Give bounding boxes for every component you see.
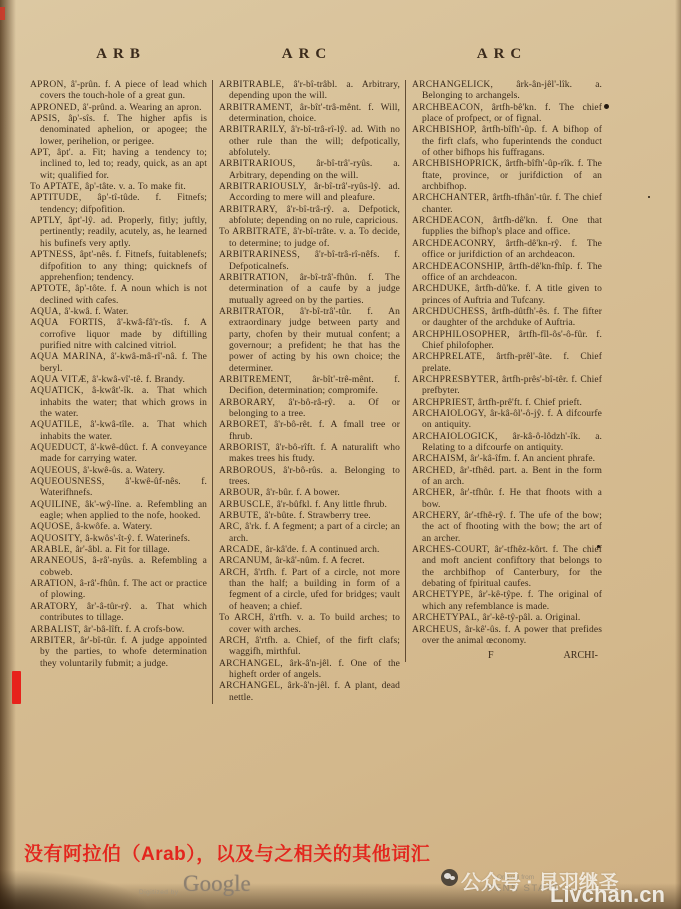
headword: ARCHDEACONSHIP, xyxy=(412,262,504,272)
dictionary-entry: ARBUSCLE, â'r-bûfkl. f. Any little fhrub… xyxy=(219,500,400,511)
headword: APRONED, xyxy=(30,103,80,113)
headword: ARCHCHANTER, xyxy=(412,193,489,203)
running-head-arc-1: ARC xyxy=(212,46,402,63)
headword: AQUATILE, xyxy=(30,420,82,430)
dictionary-entry: ARCHPRESBYTER, ârtfh-prês'-bî-têr. f. Ch… xyxy=(412,375,602,398)
scan-left-edge-shadow xyxy=(0,0,16,909)
headword: ARCHANGELICK, xyxy=(412,80,493,90)
dictionary-entry: ARBALIST, âr'-bâ-lîft. f. A crofs-bow. xyxy=(30,625,207,636)
headword: ARBITRARINESS, xyxy=(219,250,300,260)
headword: APT, xyxy=(30,148,51,158)
headword: AQUOSITY, xyxy=(30,534,82,544)
headword: ARCHAISM, xyxy=(412,454,467,464)
headword: ARBITRARY, xyxy=(219,205,278,215)
headword: ARBORIST, xyxy=(219,443,270,453)
dictionary-entry: ARATION, â-râ'-fhûn. f. The act or pract… xyxy=(30,579,207,602)
headword: ARCHDEACON, xyxy=(412,216,484,226)
headword: ARCHANGEL, xyxy=(219,681,283,691)
headword: ARCHBISHOPRICK, xyxy=(412,159,502,169)
dictionary-entry: AQUOSE, â-kwôfe. a. Watery. xyxy=(30,522,207,533)
dictionary-entry: AQUA VITÆ, â'-kwâ-vî'-tê. f. Brandy. xyxy=(30,375,207,386)
headword: ARABLE, xyxy=(30,545,72,555)
running-heads: ARB ARC ARC xyxy=(30,46,602,63)
dictionary-entry: ARBITRATION, âr-bî-trâ'-fhûn. f. The det… xyxy=(219,273,400,307)
headword: ARCHETYPAL, xyxy=(412,613,480,623)
headword: ARBITRARILY, xyxy=(219,125,287,135)
headword: AQUA VITÆ, xyxy=(30,375,89,385)
headword: To APTATE, xyxy=(30,182,82,192)
dictionary-entry: ARCHANGEL, ârk-â'n-jêl. f. A plant, dead… xyxy=(219,681,400,704)
headword: ARCHAIOLOGICK, xyxy=(412,432,498,442)
dictionary-entry: AQUEOUSNESS, â'-kwê-ûf-nês. f. Waterifhn… xyxy=(30,477,207,500)
headword: ARATION, xyxy=(30,579,76,589)
headword: ARCHETYPE, xyxy=(412,590,473,600)
dictionary-entry: ARBITRAMENT, âr-bît'-trâ-mênt. f. Will, … xyxy=(219,103,400,126)
dictionary-entry: APTLY, âpt'-lŷ. ad. Properly, fitly; juf… xyxy=(30,216,207,250)
catchword-row: FARCHI- xyxy=(412,647,602,661)
dictionary-entry: ARBOROUS, â'r-bô-rûs. a. Belonging to tr… xyxy=(219,466,400,489)
dictionary-entry: ARBORIST, â'r-bô-rîft. f. A naturalift w… xyxy=(219,443,400,466)
red-margin-tick xyxy=(0,7,5,20)
dictionary-entry: ARCHEUS, âr-kê'-ûs. f. A power that pref… xyxy=(412,625,602,648)
dictionary-entry: ARCHAIOLOGICK, âr-kâ-ô-lôdzh'-îk. a. Rel… xyxy=(412,432,602,455)
headword: AQUEOUSNESS, xyxy=(30,477,105,487)
catchword: ARCHI- xyxy=(564,650,598,661)
headword: ARBORET, xyxy=(219,420,267,430)
dictionary-entry: ARATORY, âr'-â-tûr-rŷ. a. That which con… xyxy=(30,602,207,625)
headword: ARCHDUKE, xyxy=(412,284,470,294)
dictionary-entry: AQUA MARINA, â'-kwâ-mâ-rî'-nâ. f. The be… xyxy=(30,352,207,375)
dictionary-entry: ARCHBISHOPRICK, ârtfh-bîfh'-ûp-rîk. f. T… xyxy=(412,159,602,193)
signature-mark: F xyxy=(488,650,494,661)
headword: ARBITRARIOUS, xyxy=(219,159,295,169)
chinese-annotation: 没有阿拉伯（Arab），以及与之相关的其他词汇 xyxy=(24,839,430,866)
headword: AQUEOUS, xyxy=(30,466,80,476)
dictionary-entry: AQUA, â'-kwâ. f. Water. xyxy=(30,307,207,318)
headword: AQUA MARINA, xyxy=(30,352,106,362)
dictionary-entry: ARCH, â'rtfh. a. Chief, of the firft cla… xyxy=(219,636,400,659)
headword: ARCH, xyxy=(219,568,249,578)
dictionary-entry: ARCHAIOLOGY, âr-kâ-ôl'-ô-jŷ. f. A difcou… xyxy=(412,409,602,432)
dictionary-entry: ARCHPRIEST, ârtfh-prê'ft. f. Chief prief… xyxy=(412,398,602,409)
headword: ARBITRATION, xyxy=(219,273,288,283)
dictionary-entry: ARANEOUS, â-râ'-nyûs. a. Refembling a co… xyxy=(30,556,207,579)
headword: ARBITRABLE, xyxy=(219,80,284,90)
headword: APTITUDE, xyxy=(30,193,82,203)
dictionary-entry: ARBITREMENT, âr-bît'-trê-mênt. f. Decifi… xyxy=(219,375,400,398)
headword: ARBUSCLE, xyxy=(219,500,274,510)
dictionary-entry: AQUATILE, â'-kwâ-tîle. a. That which inh… xyxy=(30,420,207,443)
dictionary-entry: ARBITER, âr'-bî-tûr. f. A judge appointe… xyxy=(30,636,207,670)
dictionary-entry: ARCHETYPAL, âr'-kê-tŷ-pâl. a. Original. xyxy=(412,613,602,624)
scan-corner-shadow xyxy=(0,869,150,909)
column-2: ARBITRABLE, â'r-bî-trâbl. a. Arbitrary, … xyxy=(212,80,400,704)
dictionary-entry: AQUILINE, âk'-wŷ-lîne. a. Refembling an … xyxy=(30,500,207,523)
dictionary-entry: ARCHETYPE, âr'-kê-tŷpe. f. The original … xyxy=(412,590,602,613)
dictionary-entry: ARC, â'rk. f. A fegment; a part of a cir… xyxy=(219,522,400,545)
headword: ARANEOUS, xyxy=(30,556,87,566)
headword: AQUA, xyxy=(30,307,61,317)
google-logo: Google xyxy=(183,871,251,897)
wechat-icon xyxy=(441,869,458,886)
headword: ARCHANGEL, xyxy=(219,659,283,669)
dictionary-entry: ARCHANGELICK, ârk-ân-jêl'-lîk. a. Belong… xyxy=(412,80,602,103)
dictionary-entry: ARBITRARINESS, â'r-bî-trâ-rî-nêfs. f. De… xyxy=(219,250,400,273)
dictionary-columns: APRON, â'-prûn. f. A piece of lead which… xyxy=(30,80,608,704)
dictionary-entry: ARCHDEACONRY, ârtfh-dê'kn-rŷ. f. The off… xyxy=(412,239,602,262)
dictionary-entry: APT, âpt'. a. Fit; having a tendency to;… xyxy=(30,148,207,182)
headword: APTLY, xyxy=(30,216,63,226)
headword: ARCHBEACON, xyxy=(412,103,483,113)
dictionary-entry: ARBITRATOR, â'r-bî-trâ'-tûr. f. An extra… xyxy=(219,307,400,375)
dictionary-entry: ARCHDUKE, ârtfh-dû'ke. f. A title given … xyxy=(412,284,602,307)
headword: ARC, xyxy=(219,522,242,532)
dictionary-entry: ARCHPHILOSOPHER, ârtfh-fîl-ôs'-ô-fûr. f.… xyxy=(412,330,602,353)
headword: ARBOUR, xyxy=(219,488,263,498)
dictionary-entry: ARBOUR, â'r-bûr. f. A bower. xyxy=(219,488,400,499)
dictionary-entry: APSIS, âp'-sîs. f. The higher apfis is d… xyxy=(30,114,207,148)
red-highlight-bar xyxy=(12,671,21,704)
headword: ARBITER, xyxy=(30,636,75,646)
dictionary-entry: APTOTE, âp'-tôte. f. A noun which is not… xyxy=(30,284,207,307)
dictionary-entry: ARBITRARILY, â'r-bî-trâ-rî-lŷ. ad. With … xyxy=(219,125,400,159)
dictionary-entry: ARBITRABLE, â'r-bî-trâbl. a. Arbitrary, … xyxy=(219,80,400,103)
headword: ARBUTE, xyxy=(219,511,261,521)
headword: To ARCH, xyxy=(219,613,264,623)
headword: ARCHPRIEST, xyxy=(412,398,475,408)
headword: AQUEDUCT, xyxy=(30,443,87,453)
dictionary-entry: AQUEDUCT, â'-kwê-dûct. f. A conveyance m… xyxy=(30,443,207,466)
headword: AQUATICK, xyxy=(30,386,84,396)
headword: ARCHPHILOSOPHER, xyxy=(412,330,510,340)
headword: ARATORY, xyxy=(30,602,78,612)
dictionary-entry: To ARCH, â'rtfh. v. a. To build arches; … xyxy=(219,613,400,636)
headword: ARCHER, xyxy=(412,488,455,498)
headword: APRON, xyxy=(30,80,66,90)
dictionary-entry: ARCHDEACON, ârtfh-dê'kn. f. One that fup… xyxy=(412,216,602,239)
headword: AQUILINE, xyxy=(30,500,80,510)
dictionary-entry: ARCHBISHOP, ârtfh-bîfh'-ûp. f. A bifhop … xyxy=(412,125,602,159)
dictionary-entry: APRON, â'-prûn. f. A piece of lead which… xyxy=(30,80,207,103)
dictionary-entry: ARCHCHANTER, ârtfh-tfhân'-tûr. f. The ch… xyxy=(412,193,602,216)
headword: ARCHDEACONRY, xyxy=(412,239,496,249)
watermark-site-url: Livchan.cn xyxy=(550,882,665,908)
dictionary-entry: ARCHES-COURT, âr'-tfhêz-kôrt. f. The chi… xyxy=(412,545,602,590)
headword: ARCANUM, xyxy=(219,556,272,566)
dictionary-entry: AQUATICK, â-kwât'-îk. a. That which inha… xyxy=(30,386,207,420)
dictionary-entry: ARBORARY, â'r-bô-râ-rŷ. a. Of or belongi… xyxy=(219,398,400,421)
dictionary-entry: ARABLE, âr'-âbl. a. Fit for tillage. xyxy=(30,545,207,556)
headword: ARCHAIOLOGY, xyxy=(412,409,486,419)
running-head-arb: ARB xyxy=(30,46,212,63)
dictionary-entry: ARBORET, â'r-bô-rêt. f. A fmall tree or … xyxy=(219,420,400,443)
dictionary-entry: AQUEOUS, â'-kwê-ûs. a. Watery. xyxy=(30,466,207,477)
headword: ARCHERY, xyxy=(412,511,460,521)
column-1: APRON, â'-prûn. f. A piece of lead which… xyxy=(30,80,207,670)
dictionary-entry: ARBUTE, â'r-bûte. f. Strawberry tree. xyxy=(219,511,400,522)
dictionary-entry: To APTATE, âp'-tâte. v. a. To make fit. xyxy=(30,182,207,193)
headword: ARCH, xyxy=(219,636,249,646)
dictionary-entry: ARCHED, âr'-tfhêd. part. a. Bent in the … xyxy=(412,466,602,489)
headword: ARCHES-COURT, xyxy=(412,545,490,555)
dictionary-entry: ARCADE, âr-kâ'de. f. A continued arch. xyxy=(219,545,400,556)
dictionary-entry: To ARBITRATE, â'r-bî-trâte. v. a. To dec… xyxy=(219,227,400,250)
headword: ARCHED, xyxy=(412,466,456,476)
dictionary-entry: ARCHBEACON, ârtfh-bê'kn. f. The chief pl… xyxy=(412,103,602,126)
headword: APSIS, xyxy=(30,114,60,124)
headword: ARBITRAMENT, xyxy=(219,103,293,113)
ink-speck xyxy=(648,196,650,198)
dictionary-entry: APTITUDE, âp'-tî-tûde. f. Fitnefs; tende… xyxy=(30,193,207,216)
dictionary-entry: ARCHAISM, âr'-kâ-îfm. f. An ancient phra… xyxy=(412,454,602,465)
headword: To ARBITRATE, xyxy=(219,227,290,237)
headword: ARBOROUS, xyxy=(219,466,276,476)
dictionary-entry: ARBITRARY, â'r-bî-trâ-rŷ. a. Defpotick, … xyxy=(219,205,400,228)
headword: ARCHPRESBYTER, xyxy=(412,375,499,385)
scan-right-edge-shadow xyxy=(675,0,681,909)
headword: ARCADE, xyxy=(219,545,263,555)
headword: ARBALIST, xyxy=(30,625,81,635)
dictionary-entry: ARBITRARIOUSLY, âr-bî-trâ'-ryûs-lŷ. ad. … xyxy=(219,182,400,205)
dictionary-entry: AQUA FORTIS, â'-kwâ-fâ'r-tîs. f. A corro… xyxy=(30,318,207,352)
digitized-by-label: Digitized by xyxy=(139,889,179,896)
scanned-dictionary-page: ARB ARC ARC APRON, â'-prûn. f. A piece o… xyxy=(0,0,681,909)
ink-speck xyxy=(597,545,600,548)
headword: APTNESS, xyxy=(30,250,76,260)
headword: APTOTE, xyxy=(30,284,71,294)
headword: ARBORARY, xyxy=(219,398,275,408)
headword: ARBITRARIOUSLY, xyxy=(219,182,307,192)
dictionary-entry: ARCHDEACONSHIP, ârtfh-dê'kn-fhîp. f. The… xyxy=(412,262,602,285)
headword: ARCHPRELATE, xyxy=(412,352,485,362)
dictionary-entry: ARCH, â'rtfh. f. Part of a circle, not m… xyxy=(219,568,400,613)
headword: AQUA FORTIS, xyxy=(30,318,106,328)
dictionary-entry: ARCHER, âr'-tfhûr. f. He that fhoots wit… xyxy=(412,488,602,511)
headword: ARCHBISHOP, xyxy=(412,125,477,135)
dictionary-entry: ARCHPRELATE, ârtfh-prêl'-âte. f. Chief p… xyxy=(412,352,602,375)
headword: ARCHEUS, xyxy=(412,625,461,635)
headword: ARCHDUCHESS, xyxy=(412,307,488,317)
dictionary-entry: APRONED, â'-prûnd. a. Wearing an apron. xyxy=(30,103,207,114)
ink-speck xyxy=(604,104,609,109)
dictionary-entry: APTNESS, âpt'-nês. f. Fitnefs, fuitablen… xyxy=(30,250,207,284)
dictionary-entry: ARCHDUCHESS, ârtfh-dûtfh'-ês. f. The fif… xyxy=(412,307,602,330)
headword: ARBITRATOR, xyxy=(219,307,284,317)
headword: ARBITREMENT, xyxy=(219,375,292,385)
headword: AQUOSE, xyxy=(30,522,73,532)
dictionary-entry: ARCHERY, âr'-tfhê-rŷ. f. The ufe of the … xyxy=(412,511,602,545)
running-head-arc-2: ARC xyxy=(402,46,602,63)
dictionary-entry: AQUOSITY, â-kwôs'-ît-ŷ. f. Waterinefs. xyxy=(30,534,207,545)
dictionary-entry: ARBITRARIOUS, âr-bî-trâ'-ryûs. a. Arbitr… xyxy=(219,159,400,182)
column-3: ARCHANGELICK, ârk-ân-jêl'-lîk. a. Belong… xyxy=(405,80,602,662)
dictionary-entry: ARCANUM, âr-kâ'-nûm. f. A fecret. xyxy=(219,556,400,567)
dictionary-entry: ARCHANGEL, ârk-â'n-jêl. f. One of the hi… xyxy=(219,659,400,682)
